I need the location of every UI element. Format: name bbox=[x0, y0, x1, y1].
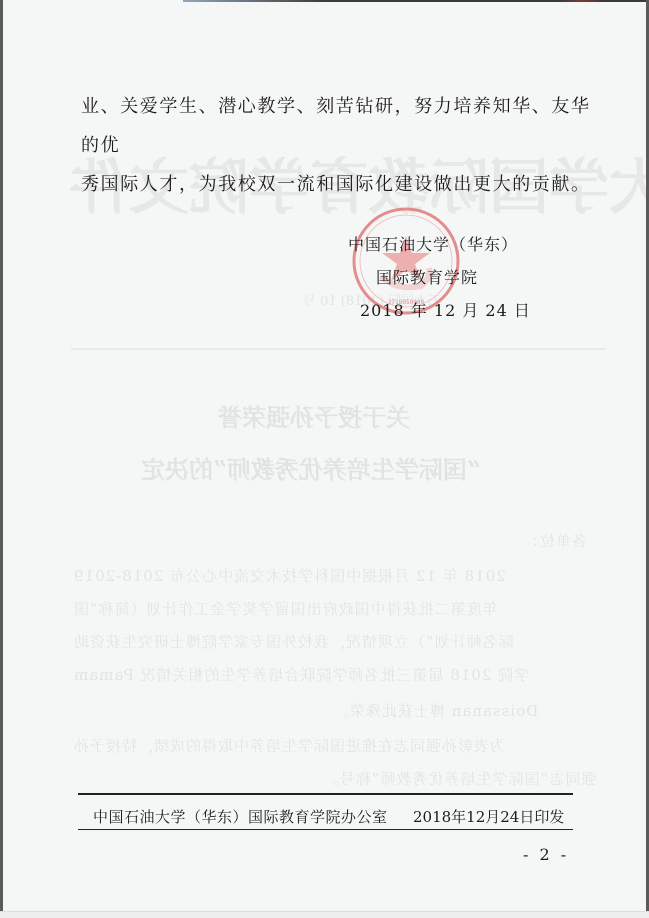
show-through-body-line: 2018 年 12 月根据中国科学技术交流中心公布 2018-2019 bbox=[73, 565, 506, 586]
body-line: 业、关爱学生、潜心教学、刻苦钻研，努力培养知华、友华的优 bbox=[81, 87, 591, 165]
footer-issuer: 中国石油大学（华东）国际教育学院办公室 bbox=[93, 806, 388, 827]
signature-department: 国际教育学院 bbox=[376, 261, 531, 294]
signature-block: 中国石油大学（华东） 国际教育学院 2018 年 12 月 24 日 bbox=[348, 228, 531, 327]
show-through-body-line: 际名师计划”）立项情况，我校外国专家学院博士研究生获资助 bbox=[73, 631, 514, 652]
show-through-rule bbox=[71, 348, 606, 350]
scan-bottom-edge bbox=[0, 911, 649, 918]
show-through-body-line: 各单位： bbox=[523, 530, 587, 551]
scan-edge bbox=[183, 0, 646, 2]
body-line: 秀国际人才，为我校双一流和国际化建设做出更大的贡献。 bbox=[81, 165, 591, 204]
show-through-body-line: Doissanan 博士获此殊荣。 bbox=[333, 700, 538, 721]
footer-issue-date: 2018年12月24日印发 bbox=[413, 806, 564, 827]
signature-date: 2018 年 12 月 24 日 bbox=[360, 294, 531, 327]
show-through-body-line: 年度第二批获得中国政府出国留学奖学金工作计划（简称“国 bbox=[73, 598, 498, 619]
signature-org: 中国石油大学（华东） bbox=[348, 228, 531, 261]
show-through-title-line1: 关于授予孙强荣誉 bbox=[218, 398, 410, 433]
body-text: 业、关爱学生、潜心教学、刻苦钻研，努力培养知华、友华的优 秀国际人才，为我校双一… bbox=[81, 87, 591, 204]
page-number: - 2 - bbox=[523, 845, 569, 864]
show-through-body-line: 为表彰孙强同志在推进国际学生培养中取得的成绩，特授予孙 bbox=[73, 735, 505, 756]
show-through-body-line: 强同志“国际学生培养优秀教师”称号。 bbox=[323, 768, 596, 789]
document-page: 中国石油大学国际教育学院文件 石大国际 (2018) 10 号 关于授予孙强荣誉… bbox=[3, 0, 646, 912]
footer-rule-top bbox=[78, 793, 573, 795]
show-through-title-line2: “国际学生培养优秀教师”的决定 bbox=[141, 450, 481, 485]
footer-rule-bottom bbox=[78, 829, 573, 830]
show-through-body-line: 学院 2018 届第三批名师学院联合培养学生的相关情况 Pamam bbox=[73, 664, 529, 685]
